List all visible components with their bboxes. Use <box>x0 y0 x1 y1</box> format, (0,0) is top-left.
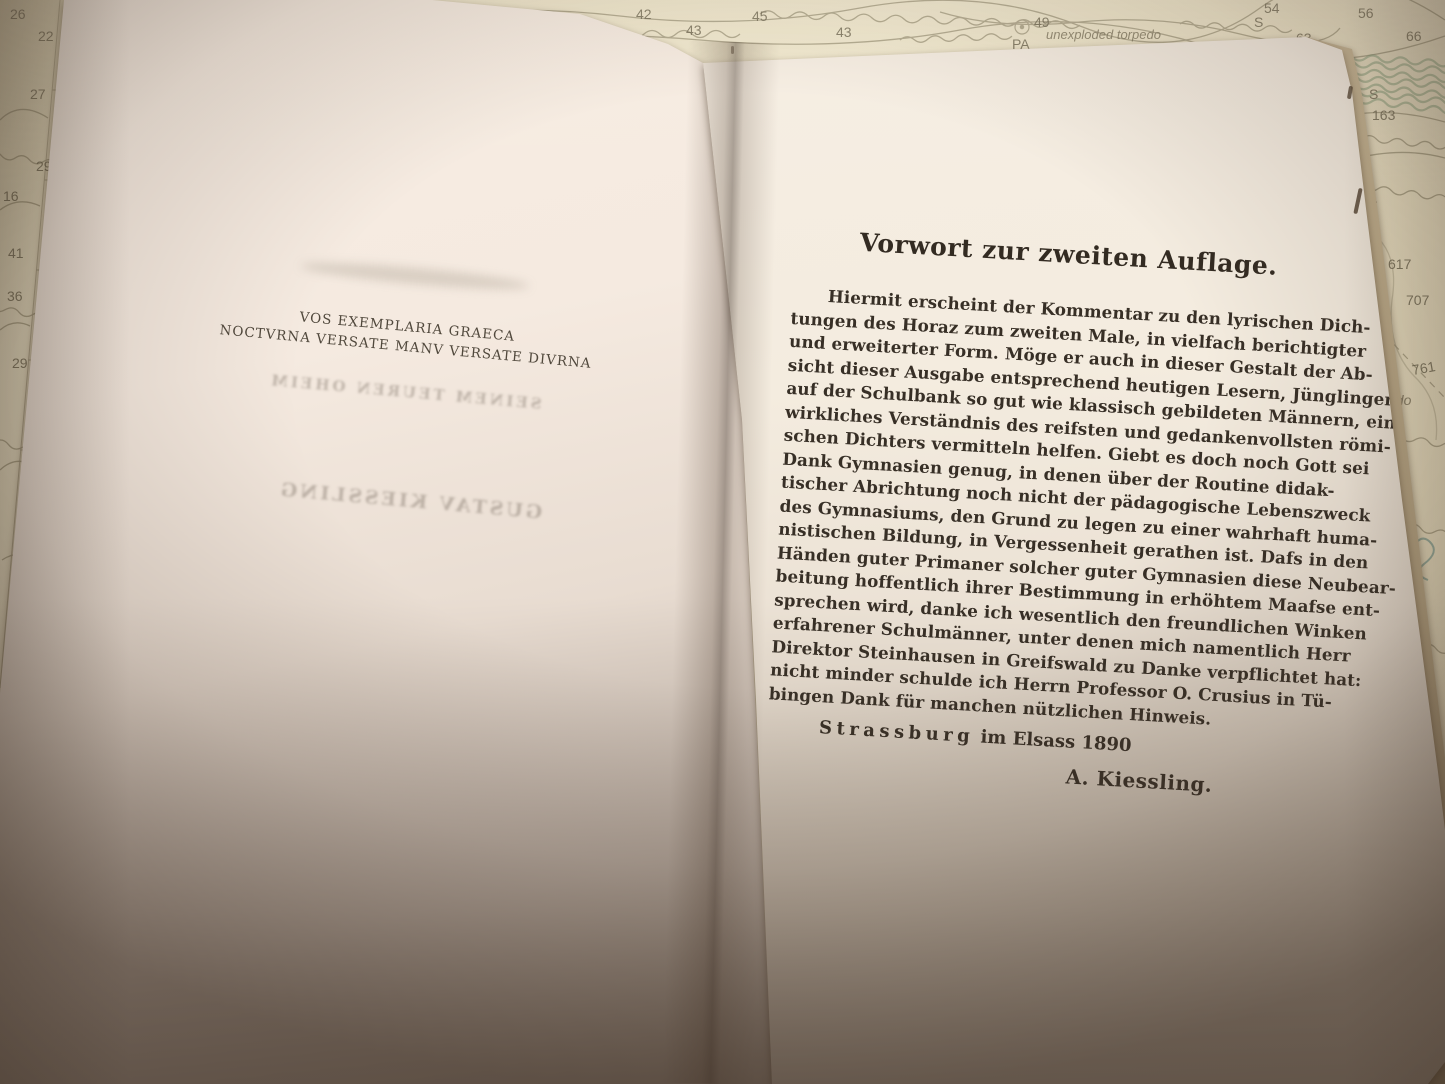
stitching-thread <box>731 46 734 54</box>
open-book: VOS EXEMPLARIA GRAECA NOCTVRNA VERSATE M… <box>0 0 1445 1084</box>
dateline-place: Strassburg <box>818 717 974 747</box>
dateline-rest: im Elsass 1890 <box>980 726 1132 756</box>
preface-text-block: Vorwort zur zweiten Auflage. Hiermit ers… <box>764 224 1343 803</box>
photo-scene: 26222716294136294243454349unexploded tor… <box>0 0 1445 1084</box>
preface-paragraph: Hiermit erscheint der Kommentar zu den l… <box>768 283 1339 737</box>
preface-title: Vorwort zur zweiten Auflage. <box>794 224 1343 284</box>
